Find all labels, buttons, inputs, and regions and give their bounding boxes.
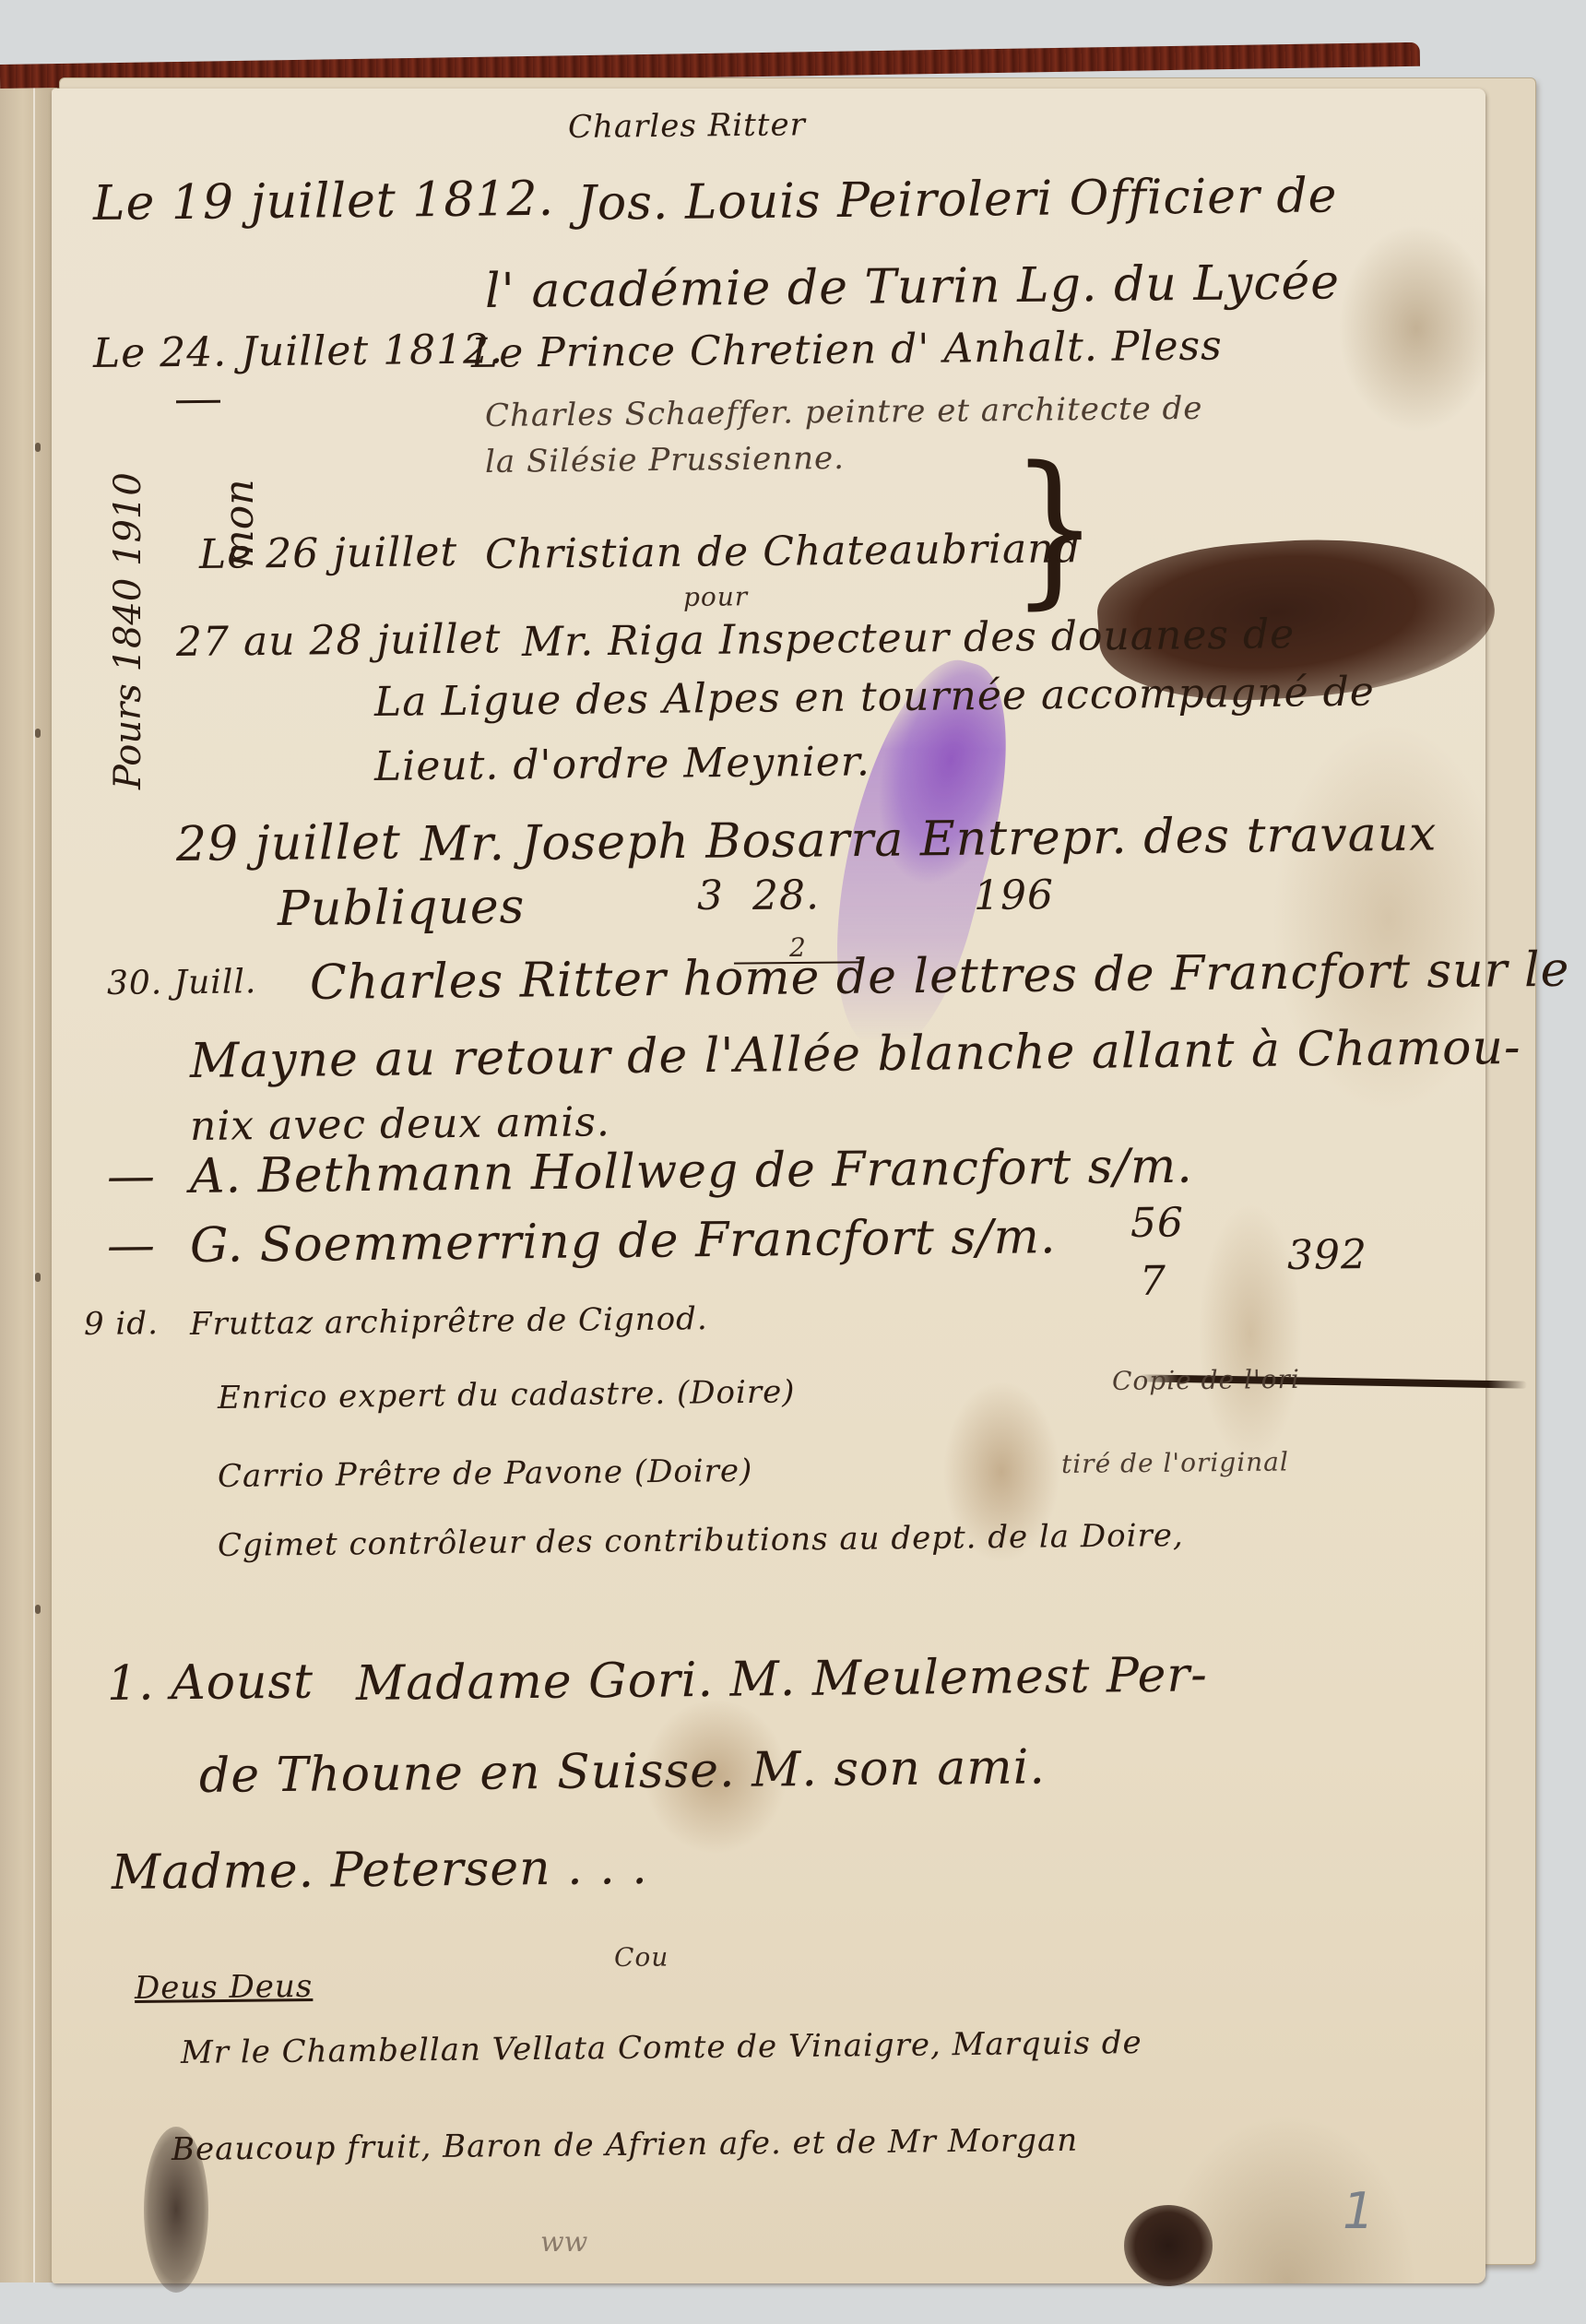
cou-insert: Cou (614, 1941, 669, 1973)
entry-text: Fruttaz archiprêtre de Cignod. (190, 1300, 708, 1343)
entry-text: Publiques (278, 879, 526, 937)
tally-number: 392 (1287, 1231, 1368, 1279)
page-number: 1 (1343, 2182, 1374, 2240)
binding-hole (35, 729, 41, 738)
entry-text: Jos. Louis Peiroleri Officier de (577, 168, 1338, 231)
binding-hole (35, 1273, 41, 1282)
tally-number: 3 (697, 872, 725, 919)
entry-date: 30. Juill. (107, 963, 257, 1002)
entry-text: Charles Ritter home de lettres de Francf… (310, 943, 1570, 1011)
entry-text: A. Bethmann Hollweg de Francfort s/m. (190, 1139, 1193, 1204)
tally-number: 28. (752, 871, 821, 919)
entry-text: La Ligue des Alpes en tournée accompagné… (374, 669, 1375, 726)
left-facing-page-edge (0, 69, 59, 2282)
entry-date: 27 au 28 juillet (176, 615, 502, 666)
entry-text: G. Soemmerring de Francfort s/m. (190, 1209, 1057, 1274)
copie-note: tiré de l'original (1061, 1446, 1289, 1479)
entry-text: de Thoune en Suisse. M. son ami. (199, 1739, 1046, 1804)
entry-text: Cgimet contrôleur des contributions au d… (218, 1517, 1184, 1564)
ink-blot (1124, 2205, 1213, 2286)
entry-date: Le 26 juillet (199, 528, 458, 578)
copie-note: Copie de l'ori (1112, 1364, 1300, 1396)
entry-text: Christian de Chateaubriand (485, 525, 1082, 578)
entry-dash: — (107, 1148, 157, 1204)
entry-date: Le 19 juillet 1812. (93, 172, 555, 231)
tally-number: 196 (974, 871, 1055, 919)
deus-deus-note: Deus Deus (135, 1968, 314, 2007)
entry-text: nix avec deux amis. (190, 1098, 610, 1150)
tally-number: 7 (1140, 1258, 1167, 1305)
entry-text: Mayne au retour de l'Allée blanche allan… (190, 1020, 1521, 1089)
entry-text: Mr le Chambellan Vellata Comte de Vinaig… (181, 2024, 1142, 2071)
entry-text: Carrio Prêtre de Pavone (Doire) (218, 1452, 753, 1495)
tally-number: 56 (1130, 1199, 1185, 1247)
pour-insert: pour (683, 581, 749, 612)
manuscript-page: Pours 1840 1910 mon Charles Ritter Le 19… (52, 89, 1485, 2283)
entry-text: Mr. Riga Inspecteur des douanes de (522, 611, 1296, 666)
margin-dash (176, 400, 220, 403)
entry-text: Madame Gori. M. Meulemest Per- (356, 1647, 1208, 1712)
entry-date: 1. Aoust (107, 1654, 314, 1712)
binding-hole (35, 443, 41, 452)
entry-text: l' académie de Turin Lg. du Lycée (485, 255, 1341, 319)
entry-date: 29 juillet (176, 814, 401, 872)
entry-date: Le 24. Juillet 1812. (93, 326, 504, 377)
entry-date: 9 id. (84, 1305, 159, 1343)
faint-stamp: ww (540, 2226, 587, 2259)
entry-text: Enrico expert du cadastre. (Doire) (218, 1373, 796, 1417)
entry-text: Mr. Joseph Bosarra Entrepr. des travaux (420, 806, 1438, 872)
entry-text: Madme. Petersen . . . (112, 1840, 648, 1901)
entry-text: Le Prince Chretien d' Anhalt. Pless (471, 322, 1223, 377)
entry-text: Lieut. d'ordre Meynier. (374, 738, 870, 790)
vertical-margin-note: Pours 1840 1910 (107, 472, 149, 789)
entry-text: Beaucoup fruit, Baron de Afrien afe. et … (172, 2122, 1079, 2168)
entry-dash: — (107, 1217, 157, 1274)
entry-text: Charles Schaeffer. peintre et architecte… (485, 390, 1203, 434)
inserted-name-note: Charles Ritter (568, 106, 806, 146)
entry-text: la Silésie Prussienne. (485, 440, 845, 480)
binding-hole (35, 1605, 41, 1614)
